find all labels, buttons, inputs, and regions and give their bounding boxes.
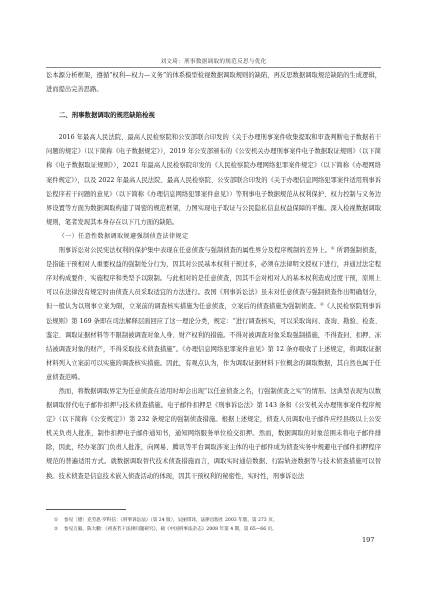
running-header: 刘文琦：刑事数据调取的规范反思与优化 <box>0 57 427 65</box>
footnotes: ①参见［德］克劳思·罗科信：《刑事诉讼法》（第 24 版），吴丽琪译，法律出版社… <box>54 516 374 534</box>
body-text: 讼本源分析框架，遵循“权利—权力—义务”的体系模型检视数据调取规则的缺陷，再反思… <box>46 69 381 484</box>
footnote-text: 参见［德］克劳思·罗科信：《刑事诉讼法》（第 24 版），吴丽琪译，法律出版社 … <box>64 518 277 523</box>
section-heading: 二、刑事数据调取的规范缺陷检视 <box>46 108 381 122</box>
footnote-text: 参见万毅、陈大鹏：《初查若干法律问题研究》，载《中国刑事法杂志》2008 年第 … <box>64 527 277 532</box>
footnote-item: ②参见万毅、陈大鹏：《初查若干法律问题研究》，载《中国刑事法杂志》2008 年第… <box>54 525 374 534</box>
paragraph-text: 刑事诉讼对公民宪法权利的保护集中表现在任意侦查与强制侦查的属性界分及程序规制的差… <box>59 247 331 254</box>
footnote-number: ② <box>54 525 64 534</box>
footnote-item: ①参见［德］克劳思·罗科信：《刑事诉讼法》（第 24 版），吴丽琪译，法律出版社… <box>54 516 374 525</box>
paragraph-regulations: 2016 年最高人民法院、最高人民检察院和公安部联合印发的《关于办理刑事案件收集… <box>46 131 381 230</box>
page-number: 197 <box>362 536 374 544</box>
paragraph-voluntary-investigation: 刑事诉讼对公民宪法权利的保护集中表现在任意侦查与强制侦查的属性界分及程序规制的差… <box>46 244 381 385</box>
footnote-rule <box>46 509 126 510</box>
footnote-number: ① <box>54 516 64 525</box>
sub-heading: （一）任意性数据调取规避强制侦查法律规定 <box>46 230 381 244</box>
header-rule <box>46 67 381 68</box>
paragraph-text: 所谓强制侦查，是指能干预相对人重要权益的强制处分行为，因其对公民基本权利干预过多… <box>46 247 381 310</box>
intro-paragraph: 讼本源分析框架，遵循“权利—权力—义务”的体系模型检视数据调取规则的缺陷，再反思… <box>46 69 381 97</box>
paragraph-email-seizure: 然而，将数据调取界定为任意侦查在适用时却会出现“以任意侦查之名，行强制侦查之实”… <box>46 385 381 484</box>
paragraph-text: 《人民检察院刑事诉讼规则》第 169 条即在司法解释层面回应了这一理论分类，规定… <box>46 303 381 380</box>
